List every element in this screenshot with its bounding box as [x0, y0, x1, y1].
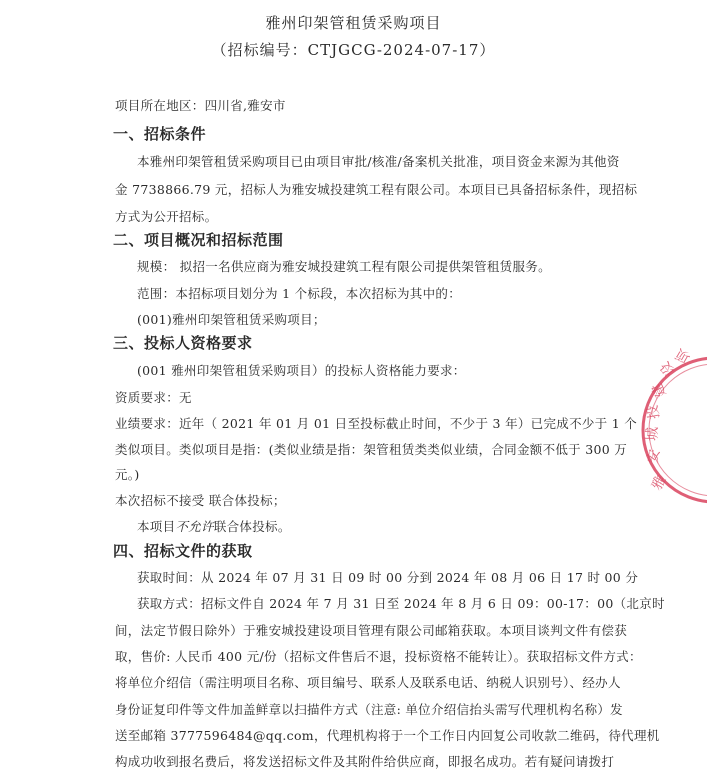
text-span: 联合体投标。: [214, 519, 291, 534]
paragraph-line: 类似项目。类似项目是指：(类似业绩是指：架管租赁类类似业绩，合同金额不低于 30…: [115, 440, 605, 458]
official-seal-stamp: 雅 安 城 投 建 设 项: [640, 345, 707, 515]
svg-text:设: 设: [657, 358, 678, 379]
paragraph-line: 资质要求：无: [115, 388, 605, 406]
document-subtitle: （招标编号：CTJGCG-2024-07-17）: [0, 39, 707, 60]
emphasis-text: 不允许: [175, 519, 213, 534]
paragraph-line: 构成功收到报名费后，将发送招标文件及其附件给供应商，即报名成功。若有疑问请拨打: [115, 752, 605, 770]
section-heading-2: 二、项目概况和招标范围: [113, 229, 284, 250]
paragraph-line: 取，售价: 人民币 400 元/份（招标文件售后不退，投标资格不能转让）。获取招…: [115, 647, 605, 665]
svg-text:雅: 雅: [649, 473, 670, 493]
paragraph-line: 将单位介绍信（需注明项目名称、项目编号、联系人及联系电话、纳税人识别号）、经办人: [115, 673, 605, 691]
paragraph-line: 业绩要求：近年（ 2021 年 01 月 01 日至投标截止时间，不少于 3 年…: [115, 414, 605, 432]
paragraph-line: 本次招标不接受 联合体投标；: [115, 491, 605, 509]
paragraph-line: 金 7738866.79 元，招标人为雅安城投建筑工程有限公司。本项目已具备招标…: [115, 180, 605, 198]
text-span: 本项目: [137, 519, 175, 534]
paragraph-line: 范围：本招标项目划分为 1 个标段，本次招标为其中的：: [137, 284, 627, 302]
paragraph-line: 本雅州印架管租赁采购项目已由项目审批/核准/备案机关批准，项目资金来源为其他资: [137, 152, 603, 170]
section-heading-3: 三、投标人资格要求: [113, 332, 253, 353]
paragraph-line: 方式为公开招标。: [115, 207, 605, 225]
section-heading-1: 一、招标条件: [113, 123, 206, 144]
project-location: 项目所在地区：四川省,雅安市: [115, 96, 605, 114]
paragraph-line: 获取方式：招标文件自 2024 年 7 月 31 日至 2024 年 8 月 6…: [137, 594, 627, 612]
seal-icon: 雅 安 城 投 建 设 项: [640, 345, 707, 515]
paragraph-line: 间，法定节假日除外）于雅安城投建设项目管理有限公司邮箱获取。本项目谈判文件有偿获: [115, 621, 605, 639]
paragraph-line: (001 雅州印架管租赁采购项目）的投标人资格能力要求：: [137, 361, 627, 379]
paragraph-line: 元。): [115, 465, 605, 483]
document-title: 雅州印架管租赁采购项目: [0, 12, 707, 33]
paragraph-line: 获取时间：从 2024 年 07 月 31 日 09 时 00 分到 2024 …: [137, 568, 627, 586]
paragraph-line: 送至邮箱 3777596484@qq.com，代理机构将于一个工作日内回复公司收…: [115, 726, 605, 744]
svg-text:投: 投: [644, 404, 663, 421]
paragraph-line: 身份证复印件等文件加盖鲜章以扫描件方式（注意: 单位介绍信抬头需写代理机构名称）…: [115, 700, 605, 718]
paragraph-line: 规模： 拟招一名供应商为雅安城投建筑工程有限公司提供架管租赁服务。: [137, 257, 627, 275]
paragraph-line: (001)雅州印架管租赁采购项目；: [137, 310, 627, 328]
paragraph-line: 本项目不允许联合体投标。: [137, 517, 627, 535]
document-page: 雅州印架管租赁采购项目 （招标编号：CTJGCG-2024-07-17） 项目所…: [0, 0, 707, 771]
svg-text:安: 安: [645, 448, 663, 465]
section-heading-4: 四、招标文件的获取: [113, 540, 253, 561]
svg-text:城: 城: [645, 427, 661, 441]
